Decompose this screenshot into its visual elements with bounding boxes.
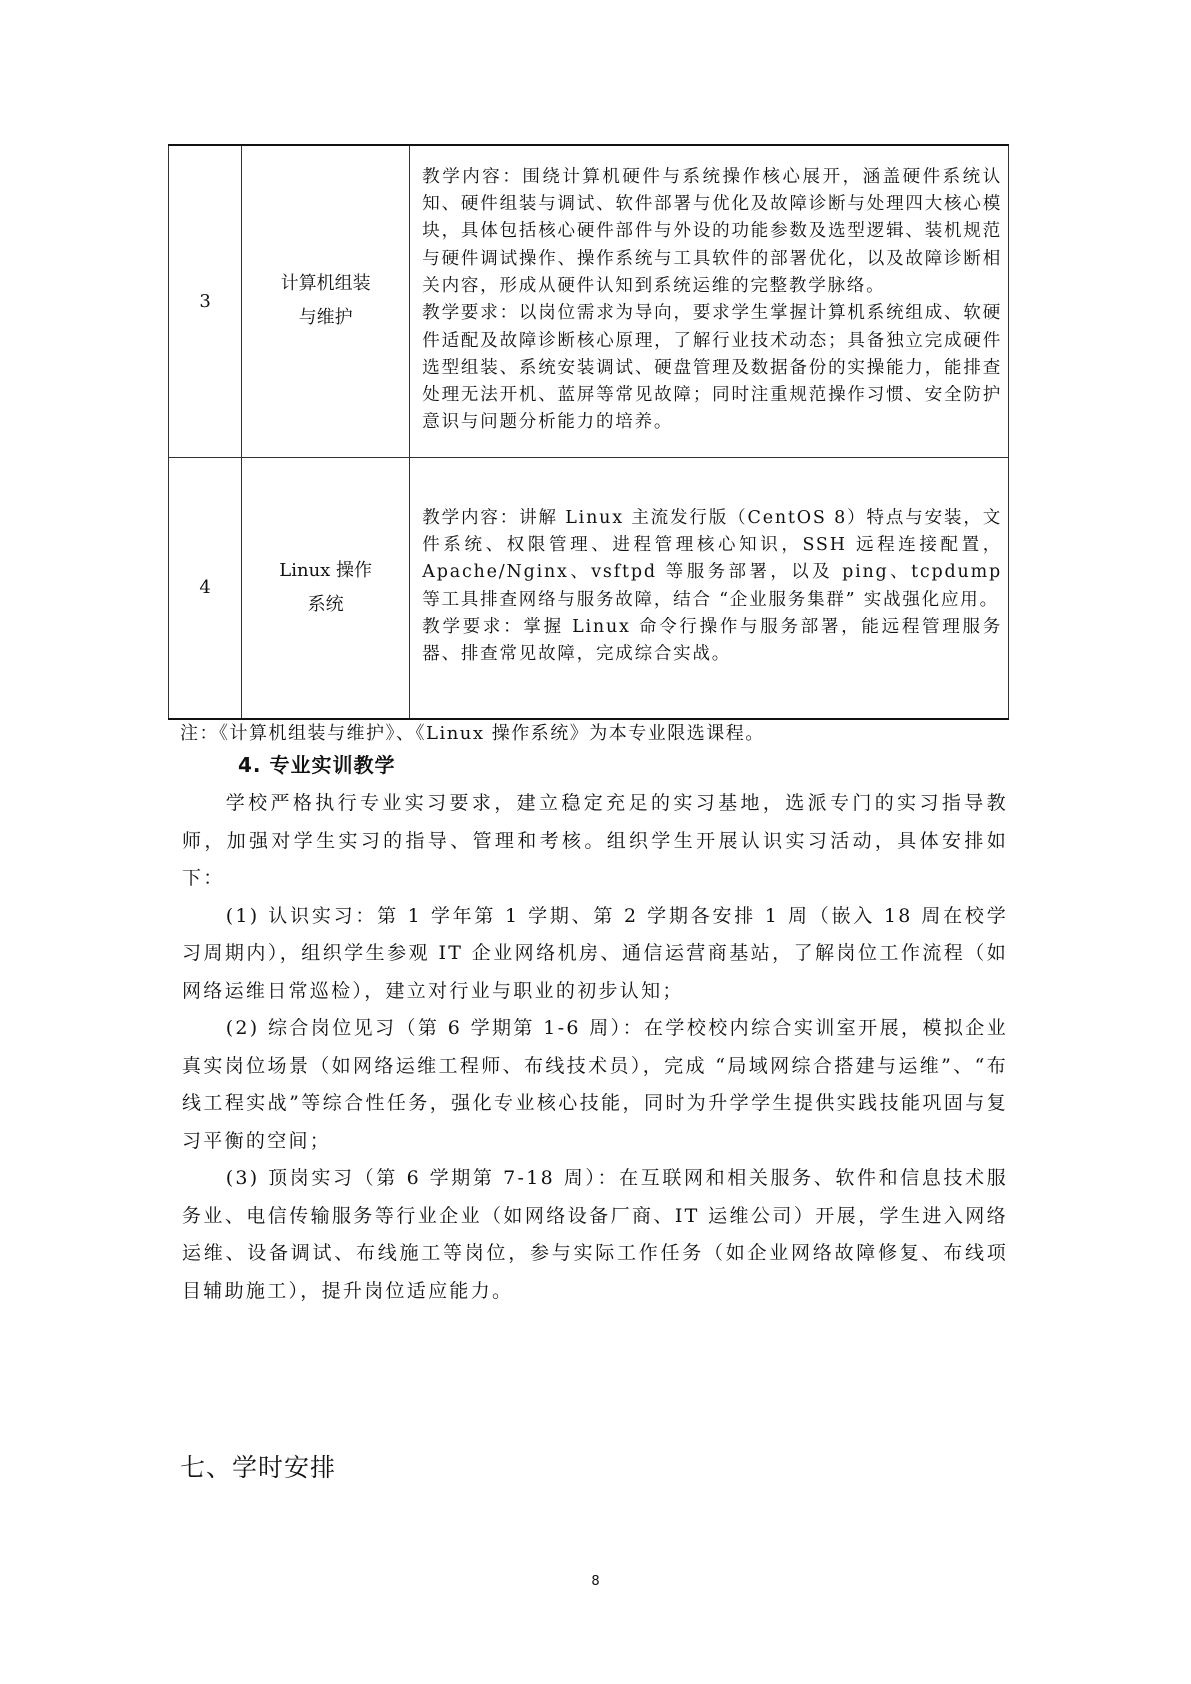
paragraph: (2) 综合岗位见习（第 6 学期第 1-6 周）：在学校校内综合实训室开展，模…	[182, 1010, 1008, 1160]
course-description: 教学内容：围绕计算机硬件与系统操作核心展开，涵盖硬件系统认知、硬件组装与调试、软…	[410, 145, 1009, 457]
teaching-requirement: 教学要求：以岗位需求为导向，要求学生掌握计算机系统组成、软硬件适配及故障诊断核心…	[422, 300, 1002, 436]
course-name-line: 计算机组装	[242, 267, 409, 301]
course-description: 教学内容：讲解 Linux 主流发行版（CentOS 8）特点与安装，文件系统、…	[410, 457, 1009, 719]
teaching-content: 教学内容：讲解 Linux 主流发行版（CentOS 8）特点与安装，文件系统、…	[422, 505, 1002, 614]
course-table: 3 计算机组装 与维护 教学内容：围绕计算机硬件与系统操作核心展开，涵盖硬件系统…	[168, 144, 1009, 720]
table-row: 4 Linux 操作 系统 教学内容：讲解 Linux 主流发行版（CentOS…	[169, 457, 1009, 719]
course-name-line: 与维护	[242, 301, 409, 335]
course-name-line: 系统	[242, 588, 409, 622]
table-row: 3 计算机组装 与维护 教学内容：围绕计算机硬件与系统操作核心展开，涵盖硬件系统…	[169, 145, 1009, 457]
chapter-heading: 七、学时安排	[180, 1450, 336, 1486]
paragraph: 学校严格执行专业实习要求，建立稳定充足的实习基地，选派专门的实习指导教师，加强对…	[182, 785, 1008, 898]
table-note: 注：《计算机组装与维护》、《Linux 操作系统》为本专业限选课程。	[180, 719, 765, 749]
teaching-content: 教学内容：围绕计算机硬件与系统操作核心展开，涵盖硬件系统认知、硬件组装与调试、软…	[422, 164, 1002, 300]
paragraph: (1) 认识实习：第 1 学年第 1 学期、第 2 学期各安排 1 周（嵌入 1…	[182, 898, 1008, 1011]
document-page: 3 计算机组装 与维护 教学内容：围绕计算机硬件与系统操作核心展开，涵盖硬件系统…	[0, 0, 1191, 1684]
course-name-line: Linux 操作	[242, 554, 409, 588]
teaching-requirement: 教学要求：掌握 Linux 命令行操作与服务部署，能远程管理服务器、排查常见故障…	[422, 614, 1002, 669]
course-number: 4	[169, 457, 242, 719]
section-heading: 4. 专业实训教学	[238, 750, 395, 780]
course-name: 计算机组装 与维护	[242, 145, 410, 457]
paragraph: (3) 顶岗实习（第 6 学期第 7-18 周）：在互联网和相关服务、软件和信息…	[182, 1160, 1008, 1310]
section-body: 学校严格执行专业实习要求，建立稳定充足的实习基地，选派专门的实习指导教师，加强对…	[182, 785, 1008, 1310]
page-number: 8	[0, 1573, 1191, 1591]
course-name: Linux 操作 系统	[242, 457, 410, 719]
course-number: 3	[169, 145, 242, 457]
